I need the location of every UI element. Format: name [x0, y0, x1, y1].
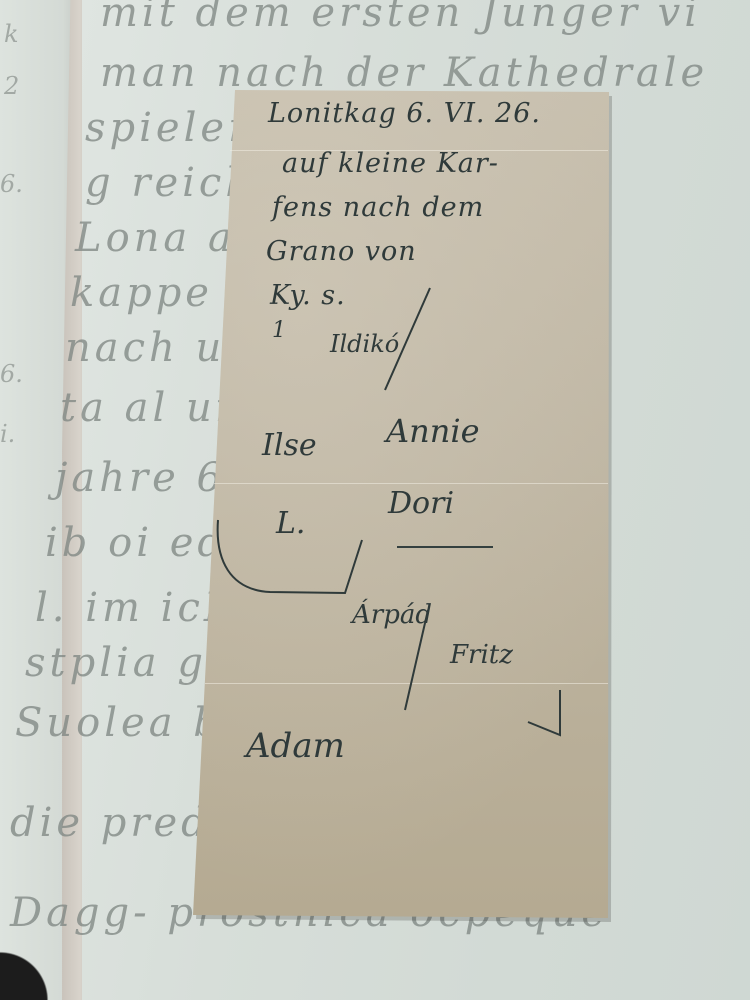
- diagonal-stroke: [385, 288, 430, 390]
- fritz-descender: [528, 690, 560, 735]
- bracket-stroke: [218, 520, 362, 593]
- photo-scene: k 2 6. 6. i. mit dem ersten Jünger vi ma…: [0, 0, 750, 1000]
- arpad-descender: [405, 610, 428, 710]
- ink-strokes: [0, 0, 750, 1000]
